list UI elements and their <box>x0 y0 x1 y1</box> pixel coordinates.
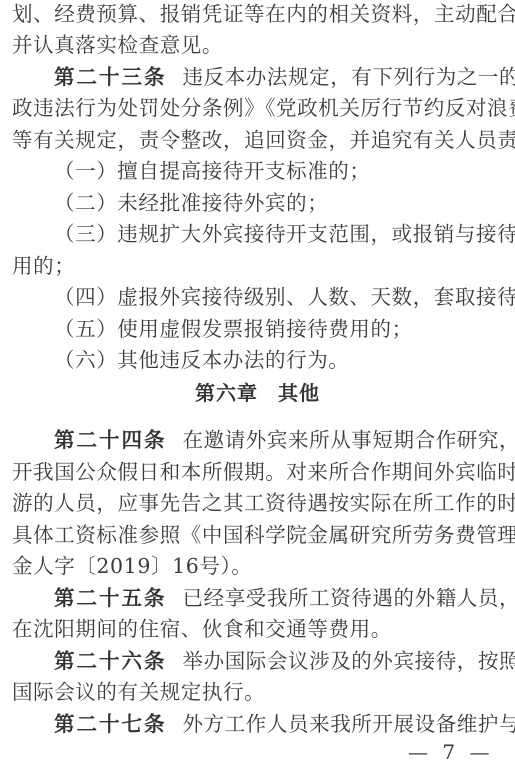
list-item-3: （三）违规扩大外宾接待开支范围，或报销与接待无关的费 <box>54 222 515 246</box>
list-item-6: （六）其他违反本办法的行为。 <box>54 348 515 372</box>
article-number: 第二十五条 <box>54 586 167 610</box>
text-line: 国际会议的有关规定执行。 <box>12 680 504 704</box>
article-text: 已经享受我所工资待遇的外籍人员，不再提供 <box>183 586 515 610</box>
chapter-title: 其他 <box>278 381 320 405</box>
text-line: 游的人员，应事先告之其工资待遇按实际在所工作的时间发放。 <box>12 491 504 515</box>
text-line: 金人字〔2019〕16号）。 <box>12 554 504 578</box>
text-line: 在沈阳期间的住宿、伙食和交通等费用。 <box>12 617 504 641</box>
text-line: 并认真落实检查意见。 <box>12 33 504 57</box>
text-line: 划、经费预算、报销凭证等在内的相关资料，主动配合接受检查， <box>12 2 504 26</box>
article-23: 第二十三条违反本办法规定，有下列行为之一的，按照《财 <box>54 65 515 89</box>
article-26: 第二十六条举办国际会议涉及的外宾接待，按照在华举办 <box>54 649 515 673</box>
article-text: 在邀请外宾来所从事短期合作研究，应注意避 <box>183 428 515 452</box>
list-item-2: （二）未经批准接待外宾的； <box>54 191 515 215</box>
article-number: 第二十六条 <box>54 649 167 673</box>
article-number: 第二十七条 <box>54 712 167 736</box>
chapter-heading: 第六章其他 <box>0 381 515 405</box>
text-line: 政违法行为处罚处分条例》《党政机关厉行节约反对浪费条例》 <box>12 96 504 120</box>
list-item-1: （一）擅自提高接待开支标准的； <box>54 159 515 183</box>
article-25: 第二十五条已经享受我所工资待遇的外籍人员，不再提供 <box>54 586 515 610</box>
article-number: 第二十四条 <box>54 428 167 452</box>
list-item-5: （五）使用虚假发票报销接待费用的； <box>54 317 515 341</box>
list-item-4: （四）虚报外宾接待级别、人数、天数，套取接待经费的； <box>54 285 515 309</box>
text-line: 等有关规定，责令整改，追回资金，并追究有关人员责任： <box>12 128 504 152</box>
text-line: 开我国公众假日和本所假期。对来所合作期间外宾临时出访或旅 <box>12 460 504 484</box>
chapter-number: 第六章 <box>195 381 258 405</box>
article-text: 外方工作人员来我所开展设备维护与维修，按 <box>183 712 515 736</box>
document-page: 划、经费预算、报销凭证等在内的相关资料，主动配合接受检查， 并认真落实检查意见。… <box>0 0 515 767</box>
article-27: 第二十七条外方工作人员来我所开展设备维护与维修，按 <box>54 712 515 736</box>
text-line: 用的； <box>12 254 504 278</box>
article-24: 第二十四条在邀请外宾来所从事短期合作研究，应注意避 <box>54 428 515 452</box>
article-text: 违反本办法规定，有下列行为之一的，按照《财 <box>183 65 515 89</box>
article-number: 第二十三条 <box>54 65 167 89</box>
text-line: 具体工资标准参照《中国科学院金属研究所劳务费管理办法》（科 <box>12 523 504 547</box>
article-text: 举办国际会议涉及的外宾接待，按照在华举办 <box>183 649 515 673</box>
page-number: — 7 — <box>408 742 493 762</box>
